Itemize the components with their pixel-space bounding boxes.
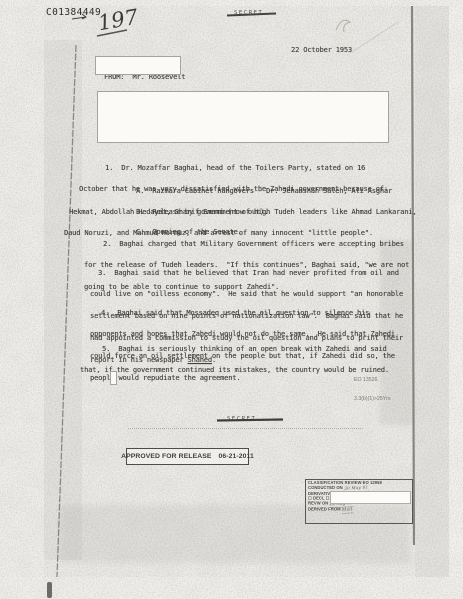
scanned-document-page: C01384449 197 SECRET 22 October 1953 FRO… <box>0 0 463 599</box>
release-stamp-date: 06-21-2011 <box>218 453 253 460</box>
scan-corner-mark <box>47 582 52 598</box>
text-line: 4. Baghai said that Mossadeq used the oi… <box>101 310 415 317</box>
date-line: 22 October 1953 <box>291 47 352 54</box>
text-line: 1. Dr. Mozaffar Baghai, head of the Toil… <box>105 165 415 172</box>
scan-dotted-artifact <box>128 428 363 429</box>
right-edge <box>449 0 463 599</box>
text-line: 3. Baghai said that he believed that Ira… <box>98 270 415 277</box>
classification-marking-top: SECRET <box>234 10 263 16</box>
conducted-on-label: CONDUCTED ON <box>308 486 343 490</box>
redaction-box-summary <box>97 91 389 143</box>
exemption-eo: EO 13526 <box>354 377 391 383</box>
classification-marking-bottom: SECRET <box>227 416 256 422</box>
redaction-box-stamp-field <box>330 491 411 504</box>
exemption-clause: 3.3(b)(1)>25Yrs <box>354 396 391 402</box>
doc-number: C01384449 <box>46 7 101 18</box>
left-margin <box>0 0 44 599</box>
paper-crease <box>352 22 398 52</box>
text-line: 5. Baghai is seriously thinking of an op… <box>102 346 415 353</box>
release-stamp-label: APPROVED FOR RELEASE <box>121 453 211 460</box>
redaction-box-to-line <box>95 56 181 75</box>
pencil-squiggle <box>336 20 350 32</box>
bottom-margin <box>0 577 463 599</box>
revw-on-label: REVW ON <box>308 502 328 506</box>
derived-from-label: DERIVED FROM <box>308 508 341 512</box>
handwritten-page-number: 197 <box>96 5 140 36</box>
from-line: FROM: Mr. Roosevelt <box>104 74 185 81</box>
approved-for-release-stamp: APPROVED FOR RELEASE 06-21-2011 <box>126 448 249 465</box>
text-line: 2. Baghai charged that Military Governme… <box>103 241 415 248</box>
right-margin <box>415 0 449 599</box>
declassification-exemption-note: EO 13526 3.3(b)(1)>25Yrs <box>354 364 391 415</box>
top-margin <box>0 0 463 6</box>
redaction-mark-small <box>110 371 117 385</box>
derived-from-handwritten: Mult <box>342 507 353 513</box>
